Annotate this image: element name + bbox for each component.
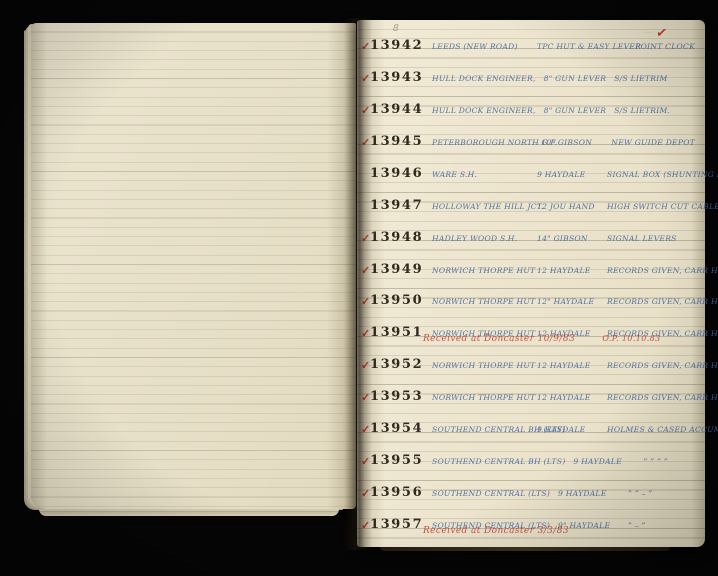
entry-notes: HIGH SWITCH CUT CABLE BOARD bbox=[607, 202, 718, 211]
check-icon: ✓ bbox=[361, 423, 370, 436]
ledger-entry-row: ✓ 13945 PETERBOROUGH NORTH G.F. 10" GIBS… bbox=[361, 134, 703, 150]
received-annotation-date: O.P. 10.10.83 bbox=[602, 334, 660, 343]
entry-number: 13950 bbox=[370, 293, 428, 308]
entry-location: HULL DOCK ENGINEER, bbox=[432, 74, 536, 83]
ledger-photo: 8 ... ✓ ✓ 13942 LEEDS (NEW ROAD) TPC HUT… bbox=[0, 0, 718, 576]
entry-location: SOUTHEND CENTRAL (LTS) bbox=[432, 489, 550, 498]
entry-location: HULL DOCK ENGINEER, bbox=[432, 106, 536, 115]
check-icon: ✓ bbox=[361, 487, 370, 500]
entry-number: 13947 bbox=[370, 198, 428, 213]
check-icon: ✓ bbox=[361, 104, 370, 117]
check-icon: ✓ bbox=[361, 519, 370, 532]
received-annotation: Received at Doncaster 10/9/83 O.P. 10.10… bbox=[423, 334, 661, 344]
ledger-entry-row: ✓ 13942 LEEDS (NEW ROAD) TPC HUT & EASY … bbox=[361, 38, 703, 54]
entry-notes: ” ” – ” bbox=[628, 489, 695, 498]
ledger-entry-row: ✓ 13944 HULL DOCK ENGINEER, 8" GUN LEVER… bbox=[361, 102, 703, 118]
entry-number: 13946 bbox=[370, 166, 428, 181]
entry-notes: HOLMES & CASED ACCUMULATOR bbox=[607, 425, 718, 434]
entry-location: SOUTHEND CENTRAL BH (LTS) bbox=[432, 457, 565, 466]
entry-location: WARE S.H. bbox=[432, 170, 529, 179]
received-annotation-text: Received at Doncaster 10/9/83 bbox=[423, 334, 575, 344]
entry-location: LEEDS (NEW ROAD) bbox=[432, 42, 529, 51]
entry-fitting: TPC HUT & EASY LEVER bbox=[537, 42, 627, 51]
entry-notes: S/S LIETRIM. bbox=[614, 106, 695, 115]
entry-number: 13951 bbox=[370, 325, 428, 340]
ledger-entry-row: ✓ 13953 NORWICH THORPE HUT 12 HAYDALE RE… bbox=[361, 389, 703, 405]
ledger-entry-row: ✓ 13957 SOUTHEND CENTRAL (LTS) 9" HAYDAL… bbox=[361, 517, 703, 533]
ledger-entry-row: 13946 WARE S.H. 9 HAYDALE SIGNAL BOX (SH… bbox=[361, 166, 703, 182]
entry-number: 13952 bbox=[370, 357, 428, 372]
entry-fitting: 9 HAYDALE bbox=[537, 425, 599, 434]
entry-location: PETERBOROUGH NORTH G.F. bbox=[432, 138, 533, 147]
entry-number: 13954 bbox=[370, 421, 428, 436]
entry-location: NORWICH THORPE HUT bbox=[432, 361, 529, 370]
entry-location: NORWICH THORPE HUT bbox=[432, 393, 529, 402]
entry-fitting: 8" GUN LEVER bbox=[544, 106, 607, 115]
entry-number: 13956 bbox=[370, 485, 428, 500]
check-icon: ✓ bbox=[361, 327, 370, 340]
entry-number: 13943 bbox=[370, 70, 428, 85]
entry-fitting: 10" GIBSON bbox=[541, 138, 603, 147]
ledger-entry-row: ✓ 13952 NORWICH THORPE HUT 12 HAYDALE RE… bbox=[361, 357, 703, 373]
received-annotation-text: Received at Doncaster 3/3/83 bbox=[423, 526, 569, 536]
entry-number: 13942 bbox=[370, 38, 428, 53]
check-icon: ✓ bbox=[361, 72, 370, 85]
entry-location: HADLEY WOOD S.H. bbox=[432, 234, 529, 243]
check-icon: ✓ bbox=[361, 136, 370, 149]
entry-number: 13948 bbox=[370, 230, 428, 245]
entry-number: 13955 bbox=[370, 453, 428, 468]
entry-notes: RECORDS GIVEN, CARR HOUSE bbox=[607, 266, 718, 275]
entry-location: SOUTHEND CENTRAL BH.(LTS) bbox=[432, 425, 529, 434]
entry-fitting: 12" HAYDALE bbox=[537, 297, 599, 306]
entry-notes: NEW GUIDE DEPOT bbox=[611, 138, 695, 147]
ledger-entry-row: ✓ 13955 SOUTHEND CENTRAL BH (LTS) 9 HAYD… bbox=[361, 453, 703, 469]
ledger-entry-row: ✓ 13948 HADLEY WOOD S.H. 14" GIBSON SIGN… bbox=[361, 230, 703, 246]
entry-notes: RECORDS GIVEN, CARR HOUSE bbox=[607, 393, 718, 402]
entry-fitting: 9 HAYDALE bbox=[537, 170, 599, 179]
entry-notes: RECORDS GIVEN, CARR HOUSE bbox=[607, 297, 718, 306]
entry-notes: ” ” ” ” bbox=[643, 457, 695, 466]
entry-number: 13953 bbox=[370, 389, 428, 404]
fore-edge bbox=[380, 547, 670, 551]
ledger-entry-row: ✓ 13949 NORWICH THORPE HUT 12 HAYDALE RE… bbox=[361, 262, 703, 278]
entry-fitting: 12 HAYDALE bbox=[537, 393, 599, 402]
ledger-entry-row: ✓ 13954 SOUTHEND CENTRAL BH.(LTS) 9 HAYD… bbox=[361, 421, 703, 437]
entry-number: 13957 bbox=[370, 517, 428, 532]
page-stack-edge bbox=[39, 509, 339, 516]
check-icon: ✓ bbox=[361, 359, 370, 372]
check-icon: ✓ bbox=[361, 232, 370, 245]
check-icon: ✓ bbox=[361, 391, 370, 404]
right-page: 8 ... ✓ ✓ 13942 LEEDS (NEW ROAD) TPC HUT… bbox=[357, 20, 705, 547]
entry-fitting: 9 HAYDALE bbox=[573, 457, 635, 466]
ledger-entry-row: ✓ 13943 HULL DOCK ENGINEER, 8" GUN LEVER… bbox=[361, 70, 703, 86]
received-annotation: Received at Doncaster 3/3/83 bbox=[423, 526, 593, 536]
entry-fitting: 8" GUN LEVER bbox=[544, 74, 607, 83]
entry-notes: SIGNAL BOX (SHUNTING FRAME) bbox=[607, 170, 718, 179]
check-icon: ✓ bbox=[361, 264, 370, 277]
entry-fitting: 9 HAYDALE bbox=[558, 489, 620, 498]
ledger-entry-row: ✓ 13956 SOUTHEND CENTRAL (LTS) 9 HAYDALE… bbox=[361, 485, 703, 501]
check-icon: ✓ bbox=[361, 295, 370, 308]
entry-fitting: 12 HAYDALE bbox=[537, 361, 599, 370]
entry-notes: RECORDS GIVEN, CARR HOUSE bbox=[607, 361, 718, 370]
ledger-entries: ✓ 13942 LEEDS (NEW ROAD) TPC HUT & EASY … bbox=[357, 20, 705, 547]
ledger-entry-row: ✓ 13950 NORWICH THORPE HUT 12" HAYDALE R… bbox=[361, 293, 703, 309]
entry-notes: SIGNAL LEVERS bbox=[607, 234, 695, 243]
entry-notes: S/S LIETRIM bbox=[614, 74, 695, 83]
entry-location: NORWICH THORPE HUT bbox=[432, 297, 529, 306]
ledger-entry-row: 13947 HOLLOWAY THE HILL JCT. 12 JOU HAND… bbox=[361, 198, 703, 214]
ledger-entry-row: ✓ 13951 NORWICH THORPE HUT 12 HAYDALE RE… bbox=[361, 325, 703, 341]
check-icon: ✓ bbox=[361, 455, 370, 468]
entry-notes: ” – ” bbox=[628, 521, 695, 530]
entry-fitting: 14" GIBSON bbox=[537, 234, 599, 243]
entry-notes: POINT CLOCK bbox=[635, 42, 695, 51]
entry-number: 13944 bbox=[370, 102, 428, 117]
check-icon: ✓ bbox=[361, 40, 370, 53]
entry-fitting: 12 HAYDALE bbox=[537, 266, 599, 275]
entry-number: 13949 bbox=[370, 262, 428, 277]
entry-location: HOLLOWAY THE HILL JCT. bbox=[432, 202, 529, 211]
entry-number: 13945 bbox=[370, 134, 428, 149]
entry-location: NORWICH THORPE HUT bbox=[432, 266, 529, 275]
entry-fitting: 12 JOU HAND bbox=[537, 202, 599, 211]
left-page-blank bbox=[31, 23, 356, 509]
